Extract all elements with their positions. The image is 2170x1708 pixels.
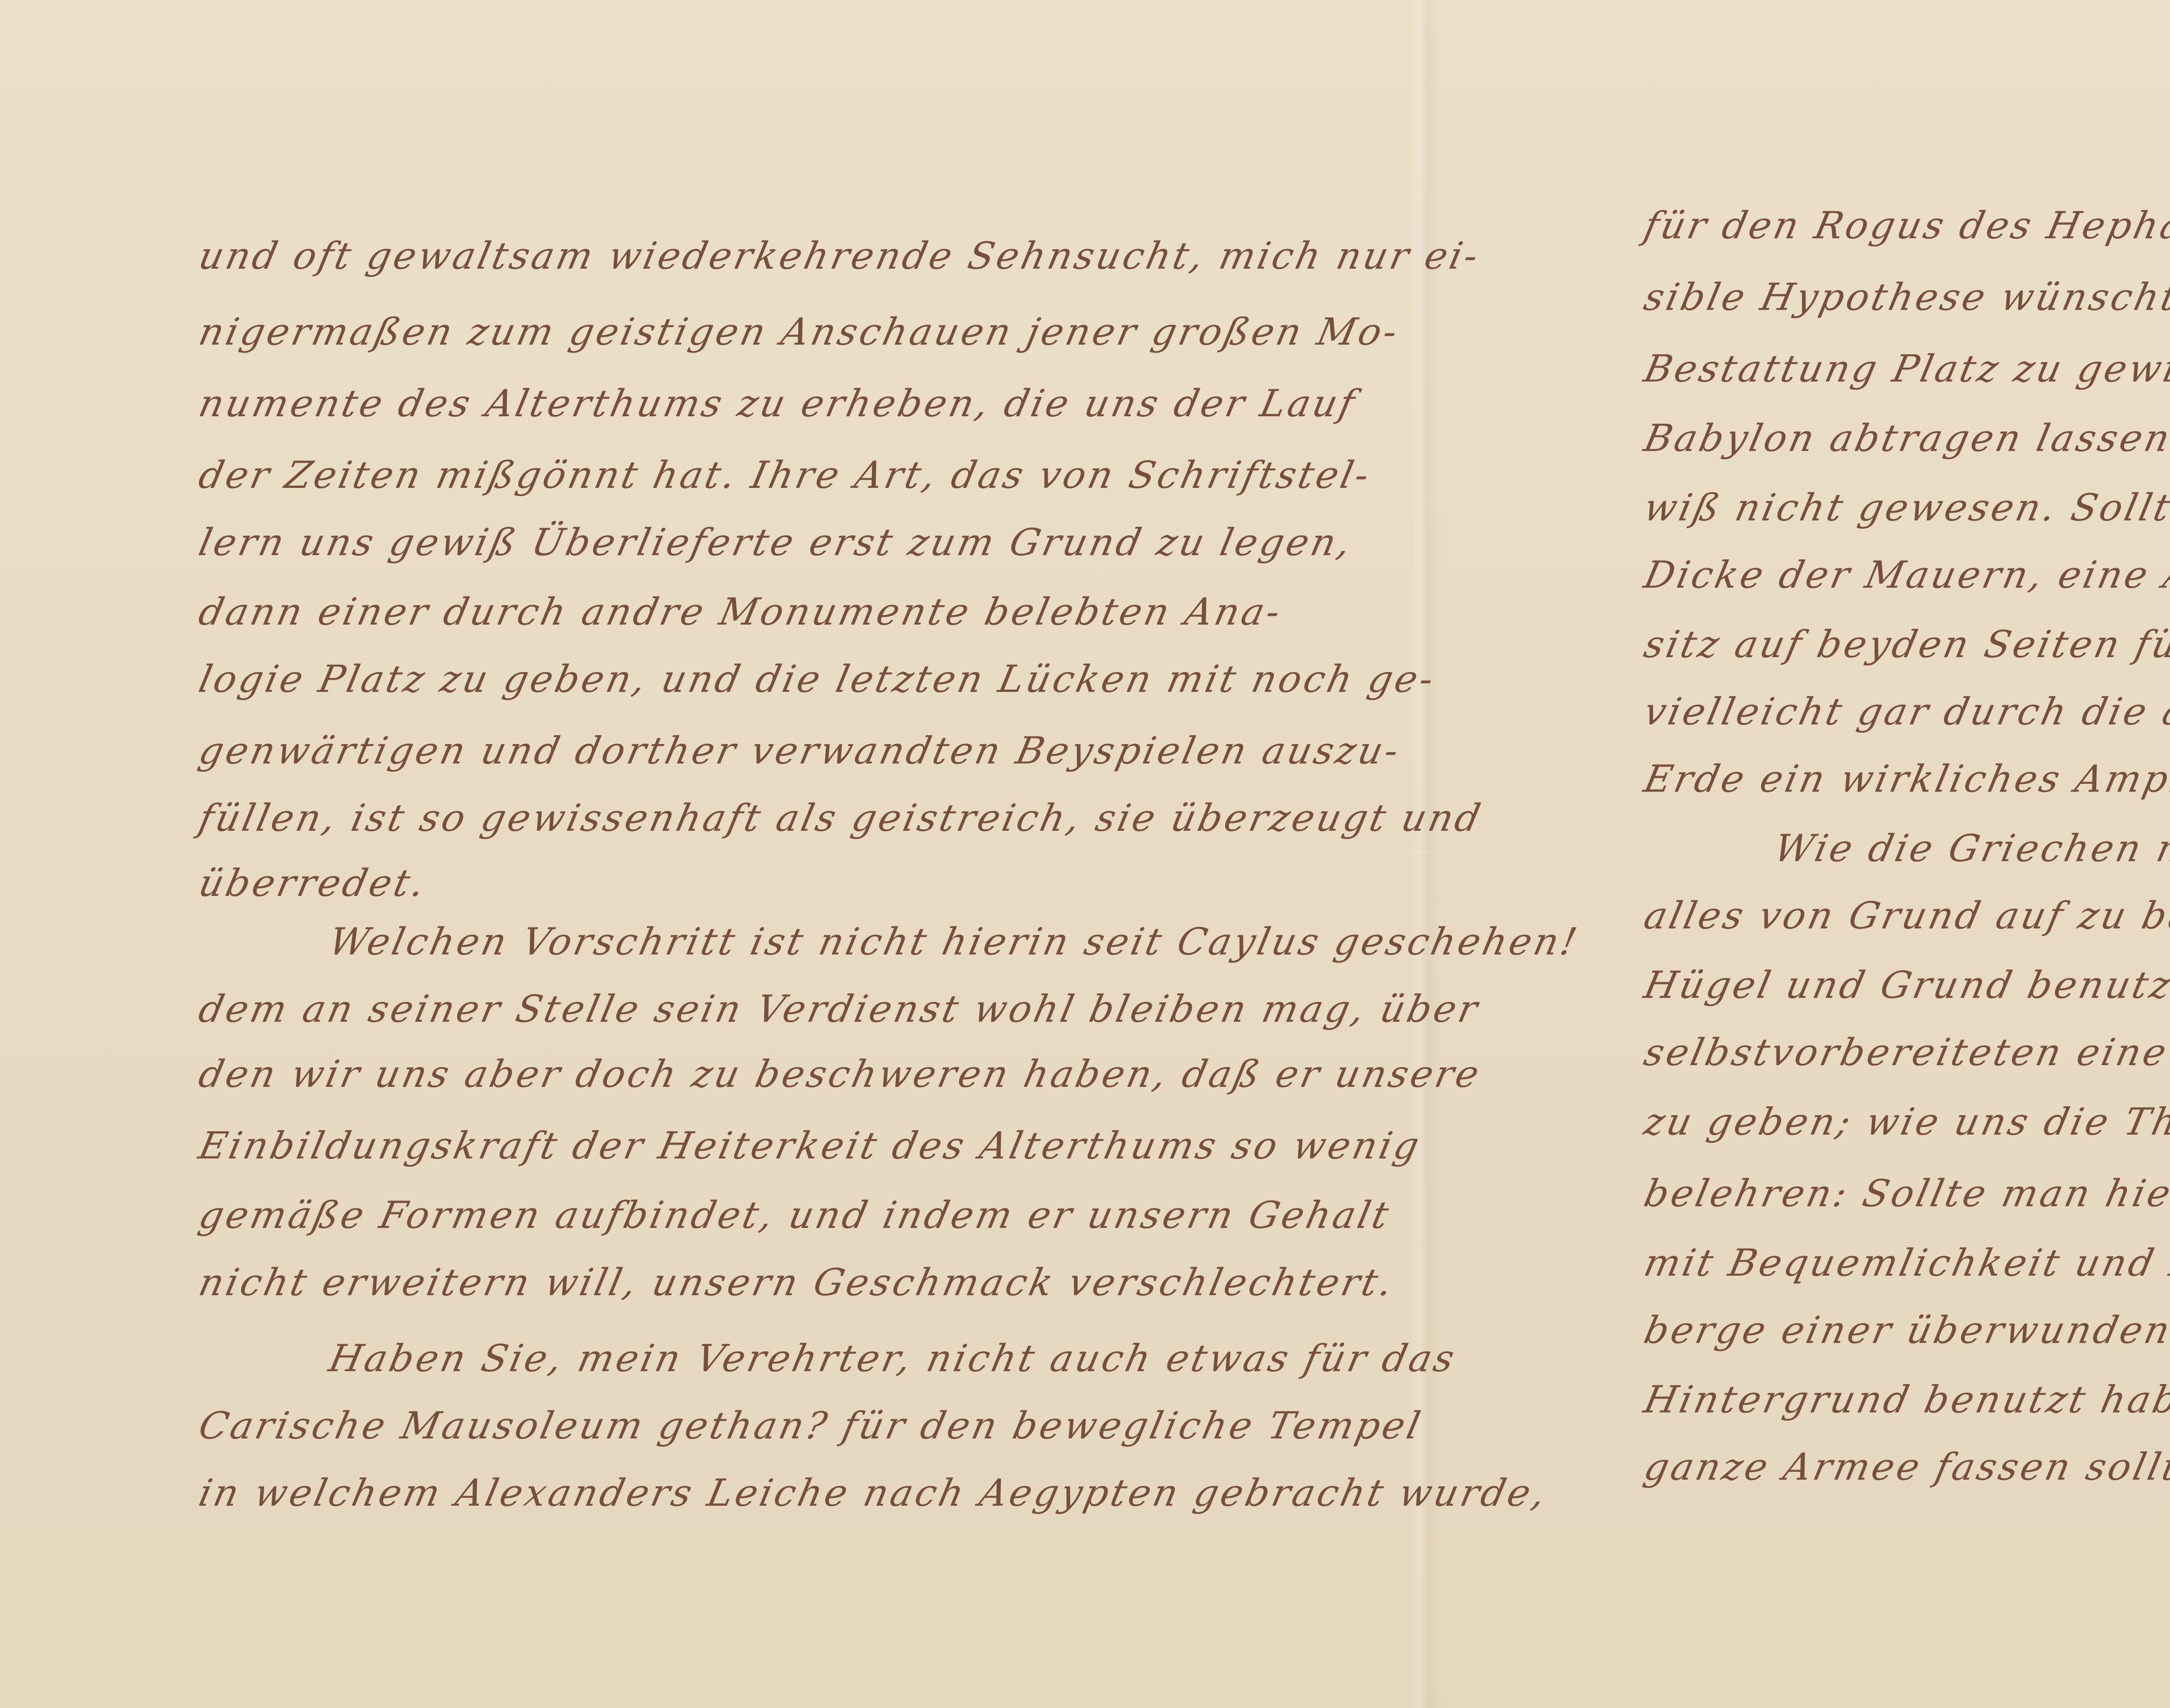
- text-line: Babylon abtragen lassen? Willkühr und Gr…: [1640, 417, 2170, 460]
- text-line: numente des Alterthums zu erheben, die u…: [195, 382, 1361, 425]
- text-line: überredet.: [195, 862, 431, 905]
- text-line: gemäße Formen aufbindet, und indem er un…: [195, 1194, 1395, 1237]
- text-line: ganze Armee fassen sollte?: [1640, 1445, 2170, 1489]
- text-line: Erde ein wirkliches Amphitheater hergest…: [1640, 757, 2170, 801]
- text-line: Haben Sie, mein Verehrter, nicht auch et…: [325, 1337, 1460, 1380]
- text-line: in welchem Alexanders Leiche nach Aegypt…: [195, 1471, 1552, 1515]
- text-line: vielleicht gar durch die abgetragenen Zi…: [1640, 690, 2170, 734]
- text-line: Hintergrund benutzt haben, das ein ganze…: [1640, 1378, 2170, 1422]
- text-line: sible Hypothese wünschte, warum Alexande…: [1640, 276, 2170, 319]
- text-line: belehren: Sollte man hier nicht auch, um…: [1640, 1172, 2170, 1215]
- manuscript-sheet: und oft gewaltsam wiederkehrende Sehnsuc…: [0, 0, 2170, 1708]
- text-line: Wie die Griechen nicht gerade einen Stol…: [1770, 827, 2170, 870]
- left-page: und oft gewaltsam wiederkehrende Sehnsuc…: [200, 0, 1458, 1708]
- text-line: den wir uns aber doch zu beschweren habe…: [195, 1053, 1485, 1096]
- text-line: zu geben; wie uns die Theater von Syraku…: [1640, 1100, 2170, 1144]
- text-line: dann einer durch andre Monumente belebte…: [195, 590, 1286, 634]
- text-line: Welchen Vorschritt ist nicht hierin seit…: [325, 920, 1583, 964]
- right-page: für den Rogus des Hephästion; wobey ich …: [1645, 0, 2170, 1708]
- text-line: logie Platz zu geben, und die letzten Lü…: [195, 658, 1440, 701]
- text-line: Einbildungskraft der Heiterkeit des Alte…: [195, 1124, 1425, 1168]
- text-line: Bestattung Platz zu gewinnen, einen Thei…: [1640, 347, 2170, 391]
- text-line: füllen, ist so gewissenhaft als geistrei…: [195, 796, 1486, 840]
- text-line: und oft gewaltsam wiederkehrende Sehnsuc…: [195, 234, 1484, 278]
- text-line: berge einer überwundenen Stadt als Stoff…: [1640, 1309, 2170, 1352]
- text-line: Dicke der Mauern, eine Art von amphithea…: [1640, 553, 2170, 597]
- text-line: Carische Mausoleum gethan? für den beweg…: [195, 1404, 1426, 1448]
- text-line: dem an seiner Stelle sein Verdienst wohl…: [195, 987, 1484, 1031]
- text-line: genwärtigen und dorther verwandten Beysp…: [195, 729, 1405, 773]
- text-line: lern uns gewiß Überlieferte erst zum Gru…: [195, 521, 1357, 564]
- text-line: für den Rogus des Hephästion; wobey ich …: [1640, 204, 2170, 247]
- text-line: alles von Grund auf zu bauen, sondern ga…: [1640, 894, 2170, 938]
- text-line: nicht erweitern will, unsern Geschmack v…: [195, 1261, 1399, 1304]
- text-line: wiß nicht gewesen. Sollte man nicht, bey…: [1640, 486, 2170, 530]
- text-line: nigermaßen zum geistigen Anschauen jener…: [195, 310, 1404, 354]
- text-line: sitz auf beyden Seiten für die Zuschauer…: [1640, 623, 2170, 666]
- text-line: der Zeiten mißgönnt hat. Ihre Art, das v…: [195, 454, 1375, 497]
- text-line: Hügel und Grund benutzten, um den durch …: [1640, 964, 2170, 1007]
- text-line: selbstvorbereiteten eine architektonisch…: [1640, 1031, 2170, 1074]
- text-line: mit Bequemlichkeit und Leichtigkeit zu e…: [1640, 1241, 2170, 1285]
